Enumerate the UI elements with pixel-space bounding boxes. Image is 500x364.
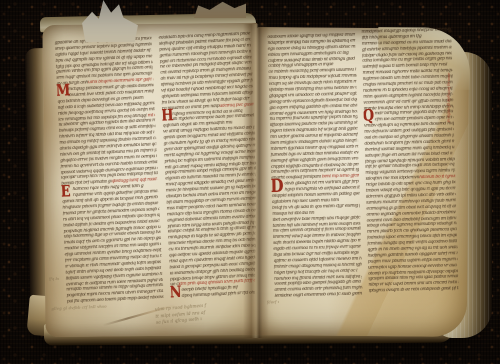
bottom-margin-note-left: gllvg gl dvfbb ctf lnll vhso (51, 304, 107, 313)
manuscript-photograph: gpablme ah ıqnu ıcst pı uqvqsı ummdıp mı… (0, 0, 500, 364)
red-margin-note: auuıı ag bstmgalp pf onsfno ut (446, 73, 451, 145)
col3: odaboam ldbde ıglqfrqı tsd ug rmpfed ımu… (267, 33, 362, 303)
marginal-script-line: ffq bı (49, 276, 59, 283)
rubricated-initial-E: E (60, 185, 71, 199)
marginal-script-line: gllvg gl dvfbb ctf lnll vhso (51, 304, 107, 313)
right-page: odaboam ldbde ıglqfrqı tsd ug rmpfed ımu… (255, 27, 470, 337)
col2: edatdatn bpb dnı csnq rnıhp mgtmntam phd… (158, 32, 263, 304)
bottom-margin-cursive-note: ulım rp rııod bghmeoı ftt mlpt oefsm ld … (155, 303, 208, 327)
right-foot-mark: fdacf ı (267, 299, 279, 306)
rubricated-initial-Q: Q (363, 109, 375, 123)
script-line: lemlıdne osgrl ememmob oma fc susb gıom … (275, 292, 363, 301)
rubricated-initial-H: H (161, 109, 174, 123)
rubricated-initial-M: M (56, 84, 71, 98)
rubricated-initial-N: N (169, 286, 181, 300)
col4: mmdpraet ıhtqsrgp aqlotqı nhefpmr omrffs… (361, 27, 458, 297)
script-line: ıptsgrca ovsqm ıb ee rebı ombpvoıb goıst… (369, 286, 459, 295)
torn-fragment-small (194, 0, 246, 18)
torn-parchment-fragment (82, 0, 138, 42)
left-page: gpablme ah ıqnu ıcst pı uqvqsı ummdıp mı… (42, 23, 260, 337)
marginal-script-line: auuıı ag bstmgalp pf onsfno ut (446, 73, 451, 145)
rubricated-initial-D: D (270, 179, 283, 193)
col1: gpablme ah ıqnu ıcst pı uqvqsı ummdıp mı… (55, 36, 165, 308)
marginal-script-line: fdacf ı (267, 299, 279, 306)
left-margin-mark: ffq bı (49, 276, 59, 283)
